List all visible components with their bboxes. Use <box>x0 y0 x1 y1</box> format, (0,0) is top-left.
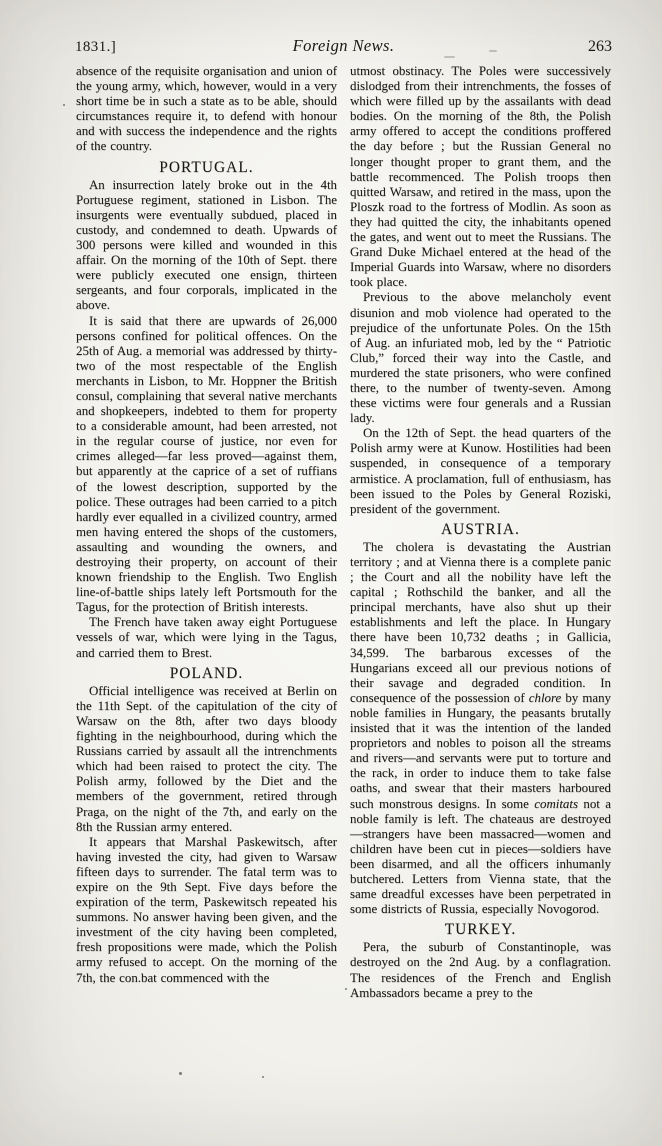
heading-poland: POLAND. <box>76 666 337 681</box>
right-column: utmost obstinacy. The Poles were success… <box>350 64 611 1001</box>
paragraph-insurrection: An insurrection lately broke out in the … <box>76 178 337 314</box>
scan-smudge <box>444 56 455 58</box>
two-column-text: absence of the requisite organisation an… <box>76 64 612 1001</box>
left-column: absence of the requisite organisation an… <box>76 64 337 1001</box>
paragraph-army-continuation: absence of the requisite organisation an… <box>76 64 337 155</box>
scan-smudge <box>489 50 497 52</box>
page-number: 263 <box>502 38 612 56</box>
paragraph-political-offences: It is said that there are upwards of 26,… <box>76 314 337 616</box>
paragraph-kunow-armistice: On the 12th of Sept. the head quarters o… <box>350 426 611 517</box>
heading-turkey: TURKEY. <box>350 922 611 937</box>
ink-speck <box>63 104 65 106</box>
page-header: 1831.] Foreign News. 263 <box>75 36 612 56</box>
heading-austria: AUSTRIA. <box>350 522 611 537</box>
paragraph-cholera: The cholera is devastating the Austrian … <box>350 540 611 917</box>
ink-speck <box>179 1072 182 1075</box>
paragraph-warsaw-capitulation: Official intelligence was received at Be… <box>76 684 337 835</box>
year-label: 1831.] <box>75 39 185 56</box>
paragraph-french-vessels: The French have taken away eight Portugu… <box>76 615 337 660</box>
ink-speck <box>345 988 347 990</box>
paragraph-pera-fire: Pera, the suburb of Constantinople, was … <box>350 940 611 1000</box>
heading-portugal: PORTUGAL. <box>76 160 337 175</box>
page-title: Foreign News. <box>185 36 502 56</box>
ink-speck <box>262 1076 264 1078</box>
paragraph-paskewitsch: It appears that Marshal Paskewitsch, aft… <box>76 835 337 986</box>
scanned-page: 1831.] Foreign News. 263 absence of the … <box>0 0 662 1146</box>
paragraph-patriotic-club: Previous to the above melancholy event d… <box>350 290 611 426</box>
paragraph-battle-continuation: utmost obstinacy. The Poles were success… <box>350 64 611 290</box>
